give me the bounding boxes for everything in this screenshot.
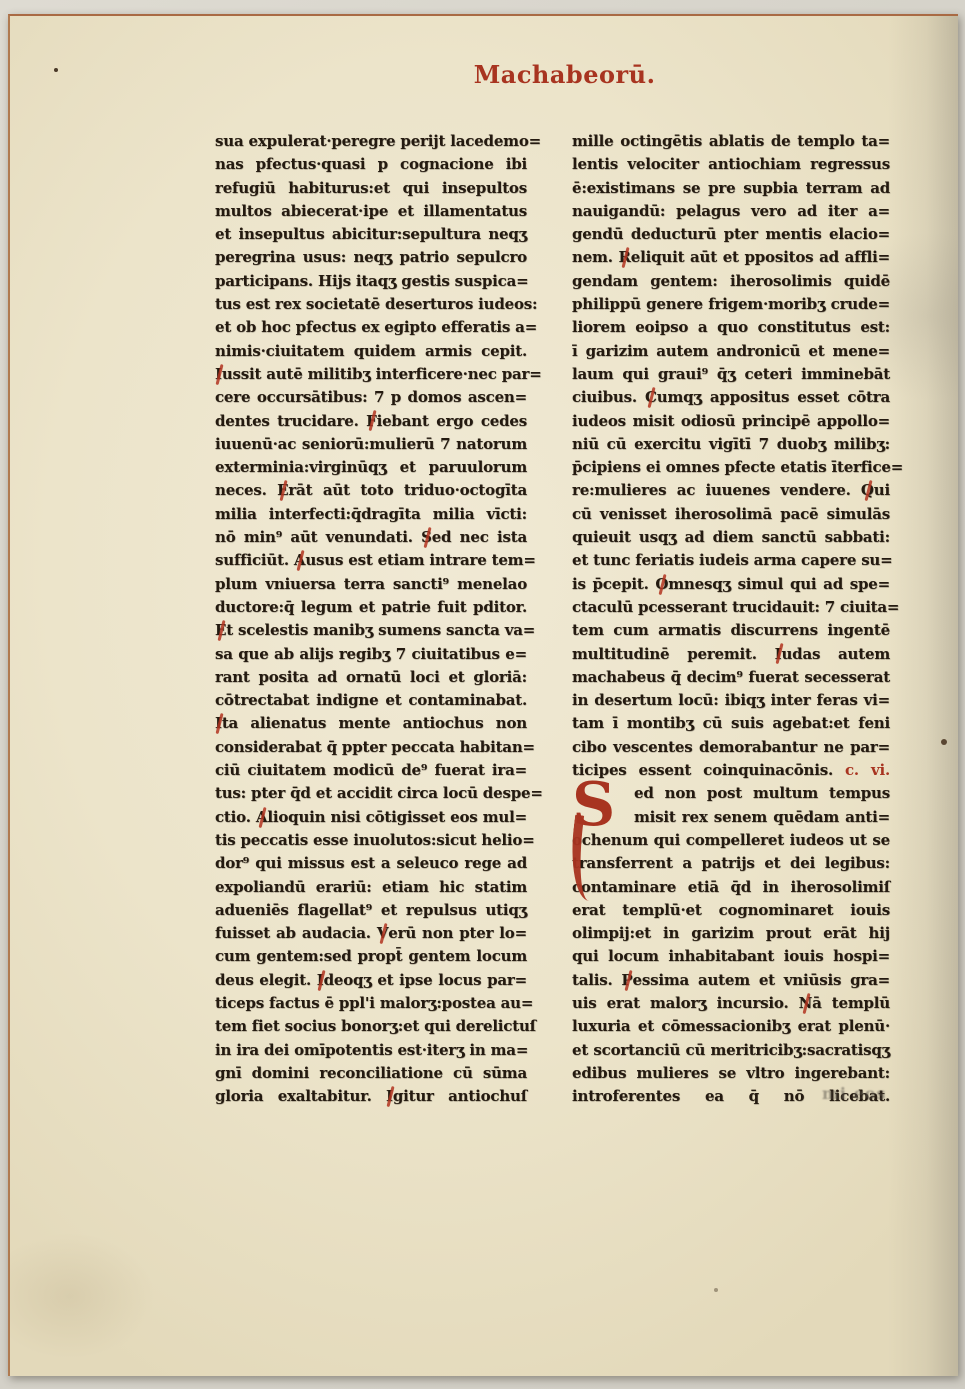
text-line: contaminare etiā q̄d in iherosolimiſ [572,876,890,899]
body-text: ed nec ista [432,528,527,546]
body-text: ui [874,481,890,499]
chapter-six-block: S ed non post multum tempusmisit rex sen… [572,782,890,1108]
text-line: Iussit autē militibʒ interficere·nec par… [215,363,527,386]
body-text: umqʒ appositus esset cōtra [657,388,890,406]
body-text: nem. [572,248,618,266]
body-text: gnī domini reconciliatione cū sūma [215,1064,527,1082]
body-text: rant posita ad ornatū loci et gloriā: [215,668,527,686]
body-text: lioquin nisi cōtigisset eos mul= [267,808,527,826]
body-text: t scelestis manibʒ sumens sancta va= [226,621,535,639]
text-line: gloria exaltabitur. Igitur antiochuſ [215,1085,527,1108]
body-text: neces. [215,481,277,499]
body-text: sufficiūt. [215,551,294,569]
text-line: cū venisset iherosolimā pacē simulās [572,503,890,526]
text-line: ī garizim autem andronicū et mene= [572,340,890,363]
rubricated-capital: I [215,712,222,735]
text-line: et scortanciū cū meritricibʒ:sacratisqʒ [572,1039,890,1062]
body-text: ed non post multum tempus [634,784,890,802]
rubricated-capital: E [215,619,226,642]
text-line: edibus mulieres se vltro ingerebant: [572,1062,890,1085]
body-text: misit rex senem quēdam anti= [634,808,890,826]
chapter-six-lines: ed non post multum tempusmisit rex senem… [572,782,890,1108]
body-text: tem fiet socius bonorʒ:et qui derelictuſ [215,1017,536,1035]
body-text: edibus mulieres se vltro ingerebant: [572,1064,890,1082]
body-text: ctaculū pcesserant trucidauit: 7 ciuita= [572,598,899,616]
body-text: tus est rex societatē deserturos iudeos: [215,295,537,313]
text-line: deus elegit. Ideoqʒ et ipse locus par= [215,969,527,992]
text-line: et tunc feriatis iudeis arma capere su= [572,549,890,572]
body-text: expoliandū erariū: etiam hic statim [215,878,527,896]
body-text: plum vniuersa terra sancti⁹ menelao [215,575,527,593]
text-line: cum gentem:sed propt̄ gentem locum [215,945,527,968]
body-text: rāt aūt toto triduo·octogīta [288,481,527,499]
text-line: tis peccatis esse inuolutos:sicut helio= [215,829,527,852]
text-line: ciū ciuitatem modicū de⁹ fuerat ira= [215,759,527,782]
text-line: tus est rex societatē deserturos iudeos: [215,293,527,316]
body-text: laum qui graui⁹ q̄ʒ ceteri imminebāt [572,365,890,383]
body-text: adueniēs flagellat⁹ et repulsus utiqʒ [215,901,527,919]
text-line: fuisset ab audacia. Verū non pter lo= [215,922,527,945]
body-text: peregrina usus: neqʒ patrio sepulcro [215,248,527,266]
text-line: in desertum locū: ibiqʒ inter feras vi= [572,689,890,712]
text-line: erat templū·et cognominaret iouis [572,899,890,922]
body-text: considerabat q̄ ppter peccata habitan= [215,738,535,756]
body-text: liorem eoipso a quo constitutus est: [572,318,890,336]
body-text: p̄cipiens ei omnes pfecte etatis īterfic… [572,458,903,476]
body-text: ductore:q̄ legum et patrie fuit pditor. [215,598,527,616]
body-text: ctio. [215,808,256,826]
text-line: refugiū habiturus:et qui insepultos [215,177,527,200]
body-text: cum gentem:sed propt̄ gentem locum [215,947,527,965]
rubricated-capital: I [775,643,782,666]
text-line: luxuria et cōmessacionibʒ erat plenū· [572,1015,890,1038]
text-line: iudeos misit odiosū principē appollo= [572,410,890,433]
text-line: exterminia:virginūqʒ et paruulorum [215,456,527,479]
body-text: tus: pter q̄d et accidit circa locū desp… [215,784,543,802]
body-text: mnesqʒ simul qui ad spe= [668,575,890,593]
text-line: expoliandū erariū: etiam hic statim [215,876,527,899]
text-column-left: sua expulerat·peregre perijt lacedemo=na… [215,130,527,1108]
text-column-right: mille octingētis ablatis de templo ta=le… [572,130,890,1108]
body-text: usus est etiam intrare tem= [305,551,535,569]
text-line: et ob hoc pfectus ex egipto efferatis a= [215,316,527,339]
text-line: laum qui graui⁹ q̄ʒ ceteri imminebāt [572,363,890,386]
body-text: participans. Hijs itaqʒ gestis suspica= [215,272,528,290]
body-text: uis erat malorʒ incursio. [572,994,799,1012]
body-text: ī garizim autem andronicū et mene= [572,342,890,360]
rubricated-capital: A [256,806,267,829]
text-line: tem fiet socius bonorʒ:et qui derelictuſ [215,1015,527,1038]
body-text: re:mulieres ac iuuenes vendere. [572,481,861,499]
text-line: talis. Pessima autem et vniūsis gra= [572,969,890,992]
rubricated-capital: I [215,363,222,386]
body-text: tem cum armatis discurrens ingentē [572,621,890,639]
text-line: Et scelestis manibʒ sumens sancta va= [215,619,527,642]
text-line: lentis velociter antiochiam regressus [572,153,890,176]
text-line: p̄cipiens ei omnes pfecte etatis īterfic… [572,456,890,479]
body-text: iudeos misit odiosū principē appollo= [572,412,890,430]
text-line: dentes trucidare. Fiebant ergo cedes [215,410,527,433]
body-text: cōtrectabat indigne et contaminabat. [215,691,527,709]
body-text: erat templū·et cognominaret iouis [572,901,890,919]
text-line: liorem eoipso a quo constitutus est: [572,316,890,339]
text-line: uis erat malorʒ incursio. Nā templū [572,992,890,1015]
body-text: nimis·ciuitatem quidem armis cepit. [215,342,527,360]
body-text: lentis velociter antiochiam regressus [572,155,890,173]
text-line: multitudinē peremit. Iudas autem [572,643,890,666]
rubricated-capital: S [421,526,432,549]
body-text: iuuenū·ac seniorū:mulierū 7 natorum [215,435,527,453]
body-text: deoqʒ et ipse locus par= [324,971,527,989]
body-text: iebant ergo cedes [377,412,527,430]
body-text: milia interfecti:q̄dragīta milia vīcti: [215,505,527,523]
body-text: nauigandū: pelagus vero ad iter a= [572,202,890,220]
body-text: gendam gentem: iherosolimis quidē [572,272,890,290]
text-line: ē:existimans se pre supbia terram ad [572,177,890,200]
text-line: mille octingētis ablatis de templo ta= [572,130,890,153]
body-text: gitur antiochuſ [393,1087,527,1105]
rubricated-capital: R [618,246,630,269]
rubricated-capital: Q [861,479,874,502]
text-line: et insepultus abicitur:sepultura neqʒ [215,223,527,246]
text-line: nauigandū: pelagus vero ad iter a= [572,200,890,223]
text-line: nem. Reliquit aūt et ppositos ad affli= [572,246,890,269]
body-text: ochenum qui compelleret iudeos ut se [572,831,890,849]
text-line: sa que ab alijs regibʒ 7 ciuitatibus e= [215,643,527,666]
body-text: ē:existimans se pre supbia terram ad [572,179,890,197]
text-line: tam ī montibʒ cū suis agebat:et feni [572,712,890,735]
rubricated-capital: N [799,992,813,1015]
body-text: olimpij:et in garizim prout erāt hij [572,924,890,942]
body-text: udas autem [781,645,890,663]
text-line: nimis·ciuitatem quidem armis cepit. [215,340,527,363]
body-text: refugiū habiturus:et qui insepultos [215,179,527,197]
text-line: ochenum qui compelleret iudeos ut se [572,829,890,852]
rubricated-capital: V [377,922,388,945]
text-line: machabeus q̄ decim⁹ fuerat secesserat [572,666,890,689]
text-line: milia interfecti:q̄dragīta milia vīcti: [215,503,527,526]
body-text: tis peccatis esse inuolutos:sicut helio= [215,831,535,849]
body-text: et scortanciū cū meritricibʒ:sacratisqʒ [572,1041,890,1059]
text-line: philippū genere frigem·moribʒ crude= [572,293,890,316]
vellum-leaf: Machabeorū. sua expulerat·peregre perijt… [8,14,958,1376]
rubricated-capital: E [277,479,288,502]
body-text: philippū genere frigem·moribʒ crude= [572,295,890,313]
text-line: plum vniuersa terra sancti⁹ menelao [215,573,527,596]
body-text: cū venisset iherosolimā pacē simulās [572,505,890,523]
right-column-verses: mille octingētis ablatis de templo ta=le… [572,130,890,782]
body-text: transferrent a patrijs et dei legibus: [572,854,890,872]
body-text: eliquit aūt et ppositos ad affli= [631,248,890,266]
text-line: Ita alienatus mente antiochus non [215,712,527,735]
body-text: tam ī montibʒ cū suis agebat:et feni [572,714,890,732]
body-text: gloria exaltabitur. [215,1087,386,1105]
text-line: re:mulieres ac iuuenes vendere. Qui [572,479,890,502]
body-text: ussit autē militibʒ interficere·nec par= [222,365,542,383]
body-text: talis. [572,971,621,989]
body-text: ta alienatus mente antiochus non [222,714,527,732]
text-line: peregrina usus: neqʒ patrio sepulcro [215,246,527,269]
body-text: dor⁹ qui missus est a seleuco rege ad [215,854,527,872]
text-line: ticipes essent coinquinacōnis. c. vi. [572,759,890,782]
text-line: dor⁹ qui missus est a seleuco rege ad [215,852,527,875]
body-text: cere occursātibus: 7 p domos ascen= [215,388,527,406]
text-line: considerabat q̄ ppter peccata habitan= [215,736,527,759]
text-line: in ira dei omīpotentis est·iterʒ in ma= [215,1039,527,1062]
body-text: in ira dei omīpotentis est·iterʒ in ma= [215,1041,528,1059]
body-text: ticeps factus ē ppl'i malorʒ:postea au= [215,994,533,1012]
rubric-text: c. vi. [845,761,890,779]
rubricated-capital: C [645,386,657,409]
body-text: fuisset ab audacia. [215,924,377,942]
body-text: in desertum locū: ibiqʒ inter feras vi= [572,691,890,709]
body-text: quieuit usqʒ ad diem sanctū sabbati: [572,528,890,546]
body-text: nō min⁹ aūt venundati. [215,528,421,546]
text-line: multos abiecerat·ipe et illamentatus [215,200,527,223]
text-line: sufficiūt. Ausus est etiam intrare tem= [215,549,527,572]
text-line: quieuit usqʒ ad diem sanctū sabbati: [572,526,890,549]
text-line: adueniēs flagellat⁹ et repulsus utiqʒ [215,899,527,922]
text-line: gnī domini reconciliatione cū sūma [215,1062,527,1085]
text-line: gendam gentem: iherosolimis quidē [572,270,890,293]
text-line: ciuibus. Cumqʒ appositus esset cōtra [572,386,890,409]
text-line: neces. Erāt aūt toto triduo·octogīta [215,479,527,502]
text-line: niū cū exercitu vigītī 7 duobʒ milibʒ: [572,433,890,456]
text-line: ctaculū pcesserant trucidauit: 7 ciuita= [572,596,890,619]
body-text: cibo vescentes demorabantur ne par= [572,738,890,756]
body-text: essima autem et vniūsis gra= [633,971,890,989]
rubricated-capital: F [366,410,376,433]
body-text: mille octingētis ablatis de templo ta= [572,132,890,150]
text-line: tus: pter q̄d et accidit circa locū desp… [215,782,527,805]
text-line: ticeps factus ē ppl'i malorʒ:postea au= [215,992,527,1015]
text-line: olimpij:et in garizim prout erāt hij [572,922,890,945]
body-text: multitudinē peremit. [572,645,775,663]
text-line: rant posita ad ornatū loci et gloriā: [215,666,527,689]
body-text: ciuibus. [572,388,645,406]
body-text: multos abiecerat·ipe et illamentatus [215,202,527,220]
text-line: ductore:q̄ legum et patrie fuit pditor. [215,596,527,619]
text-line: nas pfectus·quasi p cognacione ibi [215,153,527,176]
body-text: dentes trucidare. [215,412,366,430]
rubricated-capital: I [317,969,324,992]
body-text: erū non pter lo= [388,924,527,942]
running-title: Machabeorū. [474,60,656,89]
rubricated-capital: P [621,969,632,992]
body-text: qui locum inhabitabant iouis hospi= [572,947,890,965]
body-text: sua expulerat·peregre perijt lacedemo= [215,132,541,150]
text-line: cibo vescentes demorabantur ne par= [572,736,890,759]
showthrough-text: mi eos [822,1084,886,1103]
body-text: luxuria et cōmessacionibʒ erat plenū· [572,1017,890,1035]
text-line: gendū deducturū pter mentis elacio= [572,223,890,246]
text-line: cere occursātibus: 7 p domos ascen= [215,386,527,409]
body-text: ā templū [812,994,890,1012]
body-text: et insepultus abicitur:sepultura neqʒ [215,225,527,243]
rubricated-capital: O [655,573,668,596]
text-line: qui locum inhabitabant iouis hospi= [572,945,890,968]
body-text: et tunc feriatis iudeis arma capere su= [572,551,893,569]
text-line: sua expulerat·peregre perijt lacedemo= [215,130,527,153]
text-line: nō min⁹ aūt venundati. Sed nec ista [215,526,527,549]
body-text: exterminia:virginūqʒ et paruulorum [215,458,527,476]
text-line: ctio. Alioquin nisi cōtigisset eos mul= [215,806,527,829]
chapter-initial-letter: S [572,782,634,828]
body-text: ciū ciuitatem modicū de⁹ fuerat ira= [215,761,527,779]
text-line: participans. Hijs itaqʒ gestis suspica= [215,270,527,293]
body-text: contaminare etiā q̄d in iherosolimiſ [572,878,890,896]
text-line: transferrent a patrijs et dei legibus: [572,852,890,875]
text-line: cōtrectabat indigne et contaminabat. [215,689,527,712]
rubricated-capital: A [294,549,305,572]
body-text: gendū deducturū pter mentis elacio= [572,225,890,243]
body-text: is p̄cepit. [572,575,655,593]
body-text: machabeus q̄ decim⁹ fuerat secesserat [572,668,890,686]
text-line: iuuenū·ac seniorū:mulierū 7 natorum [215,433,527,456]
text-line: is p̄cepit. Omnesqʒ simul qui ad spe= [572,573,890,596]
body-text: niū cū exercitu vigītī 7 duobʒ milibʒ: [572,435,890,453]
body-text: et ob hoc pfectus ex egipto efferatis a= [215,318,537,336]
body-text: sa que ab alijs regibʒ 7 ciuitatibus e= [215,645,527,663]
body-text: nas pfectus·quasi p cognacione ibi [215,155,527,173]
body-text: deus elegit. [215,971,317,989]
rubricated-capital: I [386,1085,393,1108]
text-line: tem cum armatis discurrens ingentē [572,619,890,642]
